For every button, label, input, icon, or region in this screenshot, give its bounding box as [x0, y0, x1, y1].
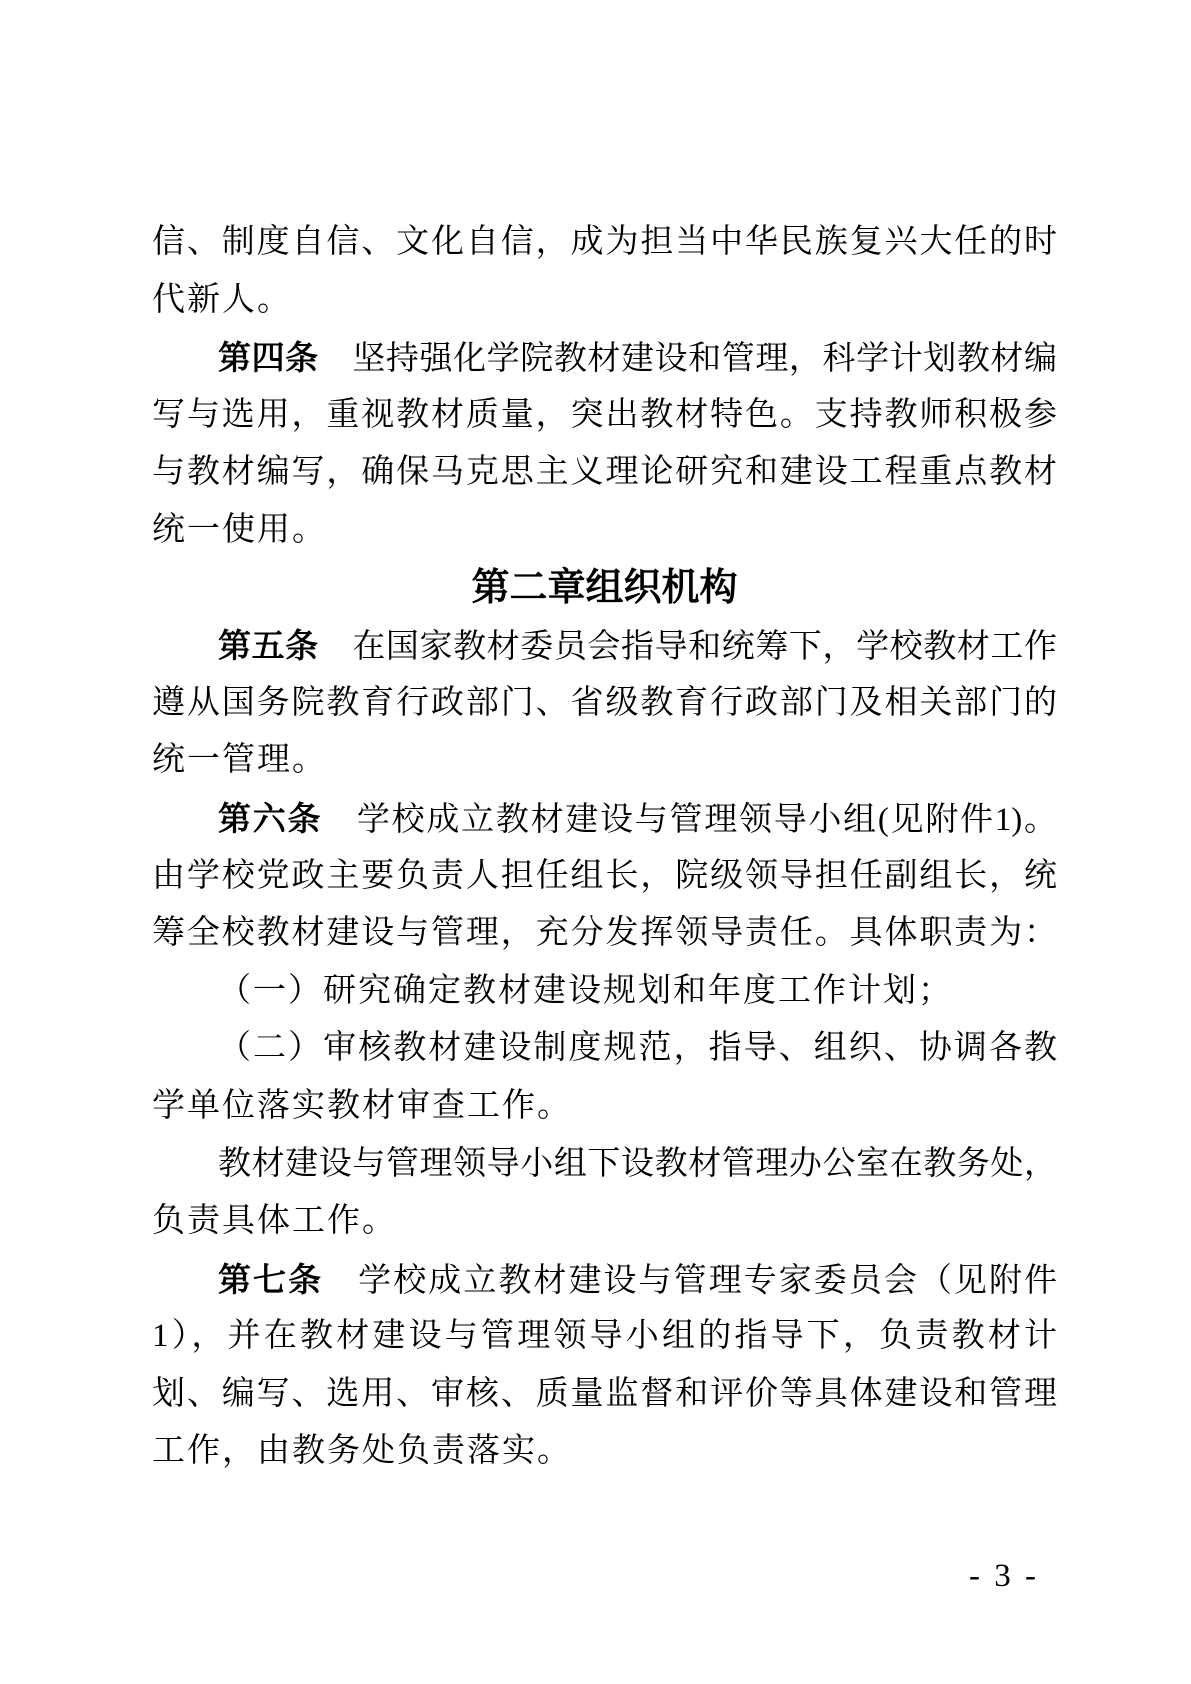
chapter-heading: 第二章组织机构: [152, 560, 1057, 618]
document-line: 写与选用，重视教材质量，突出教材特色。支持教师积极参: [152, 387, 1057, 445]
line-text: （一）研究确定教材建设规划和年度工作计划；: [218, 973, 953, 1009]
document-line: 负责具体工作。: [152, 1193, 1057, 1251]
document-line: 统一管理。: [152, 732, 1057, 790]
document-line: 第七条 学校成立教材建设与管理专家委员会（见附件: [152, 1251, 1057, 1309]
line-text: （二）审核教材建设制度规范，指导、组织、协调各教: [218, 1030, 1057, 1066]
document-line: 学单位落实教材审查工作。: [152, 1078, 1057, 1136]
document-line: 第六条 学校成立教材建设与管理领导小组(见附件1)。: [152, 790, 1057, 848]
line-text: 划、编写、选用、审核、质量监督和评价等具体建设和管理: [152, 1376, 1057, 1412]
document-line: 第五条 在国家教材委员会指导和统筹下，学校教材工作: [152, 617, 1057, 675]
document-line: （一）研究确定教材建设规划和年度工作计划；: [152, 963, 1057, 1021]
document-line: 由学校党政主要负责人担任组长，院级领导担任副组长，统: [152, 848, 1057, 906]
line-text: 教材建设与管理领导小组下设教材管理办公室在教务处，: [218, 1146, 1057, 1182]
document-line: 遵从国务院教育行政部门、省级教育行政部门及相关部门的: [152, 675, 1057, 733]
line-text: 统一管理。: [152, 742, 327, 778]
line-text: 学校成立教材建设与管理领导小组(见附件1)。: [322, 802, 1057, 838]
document-line: 与教材编写，确保马克思主义理论研究和建设工程重点教材: [152, 444, 1057, 502]
document-line: 信、制度自信、文化自信，成为担当中华民族复兴大任的时: [152, 214, 1057, 272]
document-line: 1），并在教材建设与管理领导小组的指导下，负责教材计: [152, 1308, 1057, 1366]
line-text: 遵从国务院教育行政部门、省级教育行政部门及相关部门的: [152, 685, 1057, 721]
document-line: 划、编写、选用、审核、质量监督和评价等具体建设和管理: [152, 1366, 1057, 1424]
document-page: 信、制度自信、文化自信，成为担当中华民族复兴大任的时 代新人。 第四条 坚持强化…: [0, 0, 1191, 1684]
document-line: 统一使用。: [152, 502, 1057, 560]
line-text: 代新人。: [152, 282, 292, 318]
line-text: 1），并在教材建设与管理领导小组的指导下，负责教材计: [152, 1318, 1057, 1354]
line-text: 坚持强化学院教材建设和管理，科学计划教材编: [319, 341, 1057, 377]
line-text: 与教材编写，确保马克思主义理论研究和建设工程重点教材: [152, 454, 1057, 490]
line-text: 负责具体工作。: [152, 1203, 397, 1239]
line-text: 由学校党政主要负责人担任组长，院级领导担任副组长，统: [152, 858, 1057, 894]
page-number: - 3 -: [969, 1556, 1039, 1596]
document-line: 筹全校教材建设与管理，充分发挥领导责任。具体职责为：: [152, 905, 1057, 963]
article-number: 第五条: [218, 627, 319, 664]
line-text: 学校成立教材建设与管理专家委员会（见附件: [323, 1263, 1057, 1299]
line-text: 信、制度自信、文化自信，成为担当中华民族复兴大任的时: [152, 224, 1057, 260]
line-text: 筹全校教材建设与管理，充分发挥领导责任。具体职责为：: [152, 915, 1057, 951]
line-text: 在国家教材委员会指导和统筹下，学校教材工作: [319, 629, 1057, 665]
document-text-block: 信、制度自信、文化自信，成为担当中华民族复兴大任的时 代新人。 第四条 坚持强化…: [152, 214, 1057, 1481]
document-line: （二）审核教材建设制度规范，指导、组织、协调各教: [152, 1020, 1057, 1078]
document-line: 代新人。: [152, 272, 1057, 330]
article-number: 第四条: [218, 339, 319, 376]
article-number: 第七条: [218, 1261, 323, 1298]
line-text: 学单位落实教材审查工作。: [152, 1088, 572, 1124]
document-line: 工作，由教务处负责落实。: [152, 1423, 1057, 1481]
line-text: 统一使用。: [152, 512, 327, 548]
article-number: 第六条: [218, 800, 322, 837]
line-text: 写与选用，重视教材质量，突出教材特色。支持教师积极参: [152, 397, 1057, 433]
line-text: 工作，由教务处负责落实。: [152, 1433, 572, 1469]
document-line: 教材建设与管理领导小组下设教材管理办公室在教务处，: [152, 1136, 1057, 1194]
document-line: 第四条 坚持强化学院教材建设和管理，科学计划教材编: [152, 329, 1057, 387]
